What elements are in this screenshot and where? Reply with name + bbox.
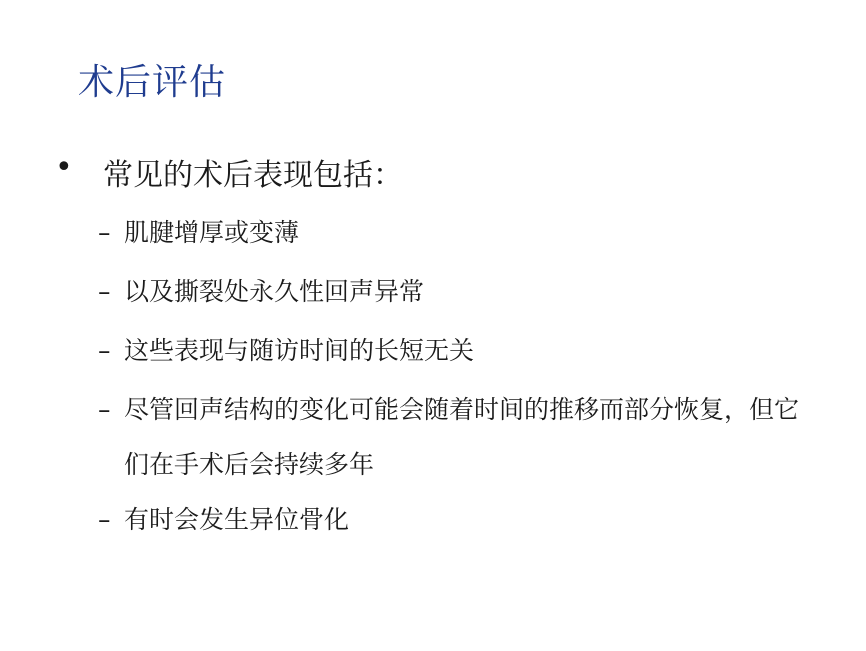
dash-icon: – (98, 492, 124, 547)
sub-point-text: 以及撕裂处永久性回声异常 (124, 264, 804, 319)
sub-point: – 这些表现与随访时间的长短无关 (98, 323, 804, 378)
dash-icon: – (98, 264, 124, 319)
dash-icon: – (98, 382, 124, 492)
sub-point-text: 尽管回声结构的变化可能会随着时间的推移而部分恢复，但它们在手术后会持续多年 (124, 382, 804, 492)
sub-point: – 有时会发生异位骨化 (98, 492, 804, 547)
sub-point-text: 肌腱增厚或变薄 (124, 205, 804, 260)
main-point-text: 常见的术后表现包括： (103, 150, 403, 194)
sub-point: – 以及撕裂处永久性回声异常 (98, 264, 804, 319)
dash-icon: – (98, 323, 124, 378)
dash-icon: – (98, 205, 124, 260)
sub-point-text: 有时会发生异位骨化 (124, 492, 804, 547)
sub-point-text: 这些表现与随访时间的长短无关 (124, 323, 804, 378)
bullet-icon: • (55, 150, 103, 194)
slide-title: 术后评估 (78, 54, 226, 105)
main-bullet: • 常见的术后表现包括： (55, 150, 403, 194)
sub-point: – 肌腱增厚或变薄 (98, 205, 804, 260)
sub-point: – 尽管回声结构的变化可能会随着时间的推移而部分恢复，但它们在手术后会持续多年 (98, 382, 804, 492)
